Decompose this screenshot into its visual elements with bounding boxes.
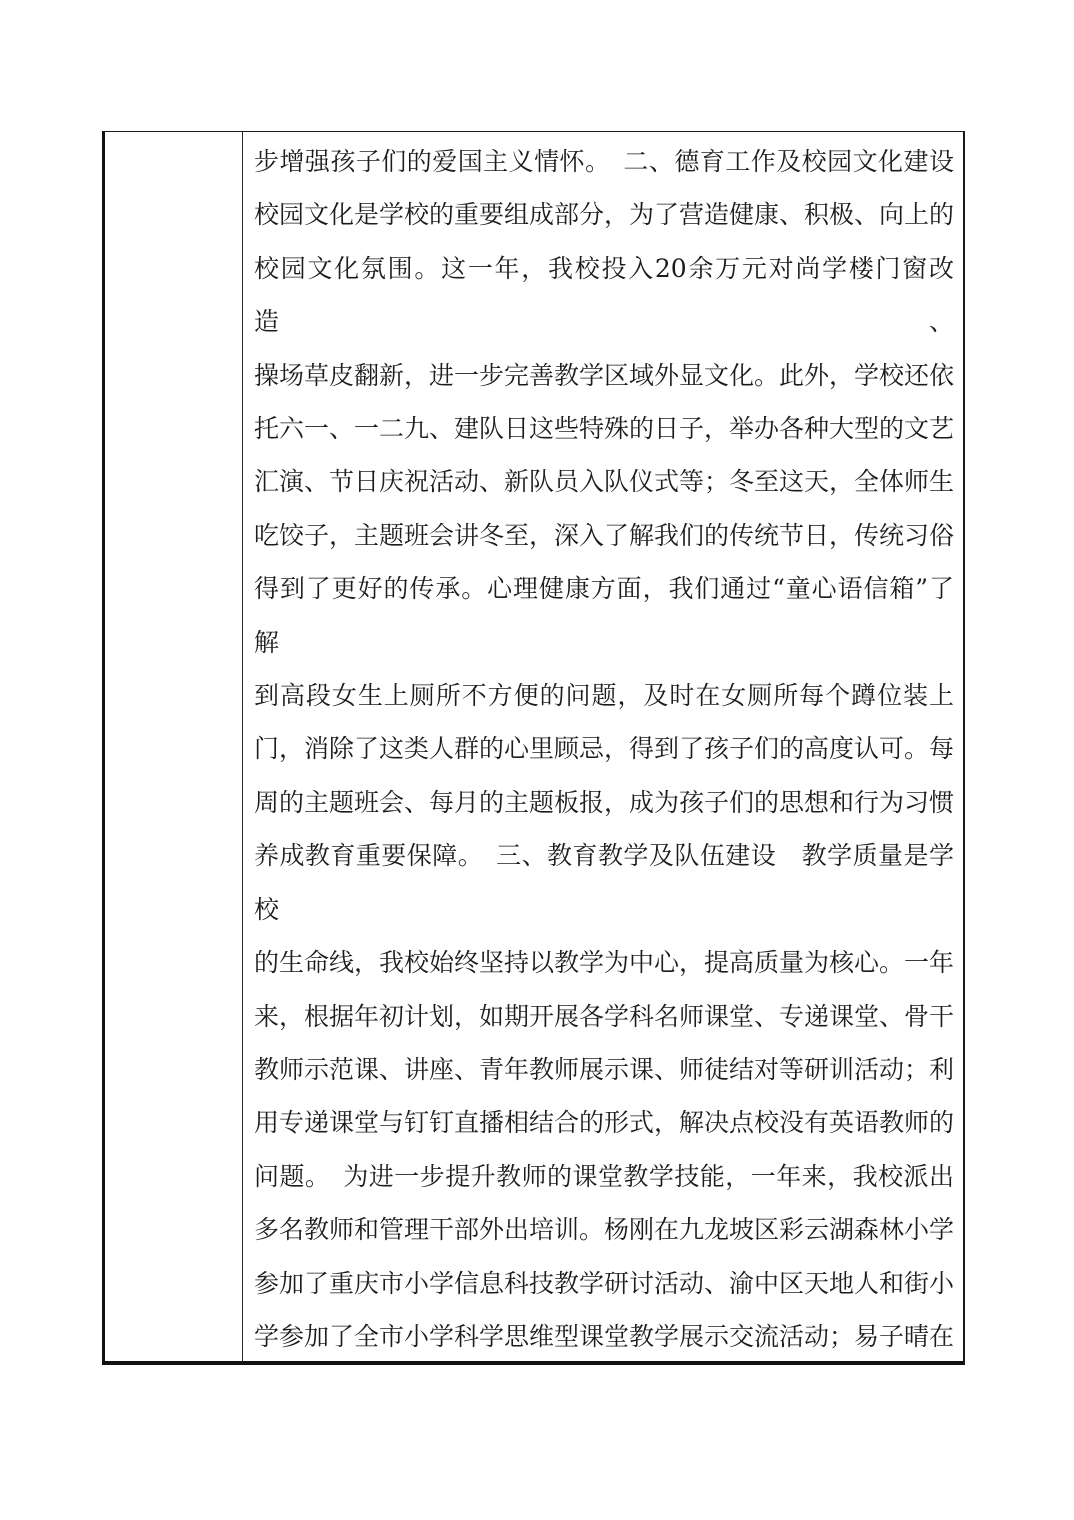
text-line: 操场草皮翻新，进一步完善教学区域外显文化。此外，学校还依 <box>254 349 954 402</box>
table-content-cell: 步增强孩子们的爱国主义情怀。 二、德育工作及校园文化建设校园文化是学校的重要组成… <box>243 132 963 1361</box>
table-label-cell <box>105 132 243 1361</box>
text-line: 校园文化是学校的重要组成部分，为了营造健康、积极、向上的 <box>254 188 954 241</box>
text-line: 门，消除了这类人群的心里顾忌，得到了孩子们的高度认可。每 <box>254 722 954 775</box>
text-line: 问题。 为进一步提升教师的课堂教学技能，一年来，我校派出 <box>254 1150 954 1203</box>
text-line: 吃饺子，主题班会讲冬至，深入了解我们的传统节日，传统习俗 <box>254 509 954 562</box>
text-line: 教师示范课、讲座、青年教师展示课、师徒结对等研训活动；利 <box>254 1043 954 1096</box>
text-line: 多名教师和管理干部外出培训。杨刚在九龙坡区彩云湖森林小学 <box>254 1203 954 1256</box>
text-line: 汇演、节日庆祝活动、新队员入队仪式等；冬至这天，全体师生 <box>254 455 954 508</box>
text-line: 到高段女生上厕所不方便的问题，及时在女厕所每个蹲位装上 <box>254 669 954 722</box>
text-line: 用专递课堂与钉钉直播相结合的形式，解决点校没有英语教师的 <box>254 1096 954 1149</box>
text-line: 步增强孩子们的爱国主义情怀。 二、德育工作及校园文化建设 <box>254 135 954 188</box>
text-line: 校园文化氛围。这一年，我校投入20余万元对尚学楼门窗改造、 <box>254 242 954 349</box>
text-line: 托六一、一二九、建队日这些特殊的日子，举办各种大型的文艺 <box>254 402 954 455</box>
text-line: 来，根据年初计划，如期开展各学科名师课堂、专递课堂、骨干 <box>254 990 954 1043</box>
text-line: 养成教育重要保障。 三、教育教学及队伍建设 教学质量是学校 <box>254 829 954 936</box>
text-line: 参加了重庆市小学信息科技教学研讨活动、渝中区天地人和街小 <box>254 1257 954 1310</box>
text-line: 学参加了全市小学科学思维型课堂教学展示交流活动；易子晴在 <box>254 1310 954 1361</box>
text-line: 得到了更好的传承。心理健康方面，我们通过“童心语信箱”了解 <box>254 562 954 669</box>
document-page: 步增强孩子们的爱国主义情怀。 二、德育工作及校园文化建设校园文化是学校的重要组成… <box>0 0 1074 1520</box>
text-line: 的生命线，我校始终坚持以教学为中心，提高质量为核心。一年 <box>254 936 954 989</box>
report-table: 步增强孩子们的爱国主义情怀。 二、德育工作及校园文化建设校园文化是学校的重要组成… <box>102 131 965 1365</box>
text-line: 周的主题班会、每月的主题板报，成为孩子们的思想和行为习惯 <box>254 776 954 829</box>
